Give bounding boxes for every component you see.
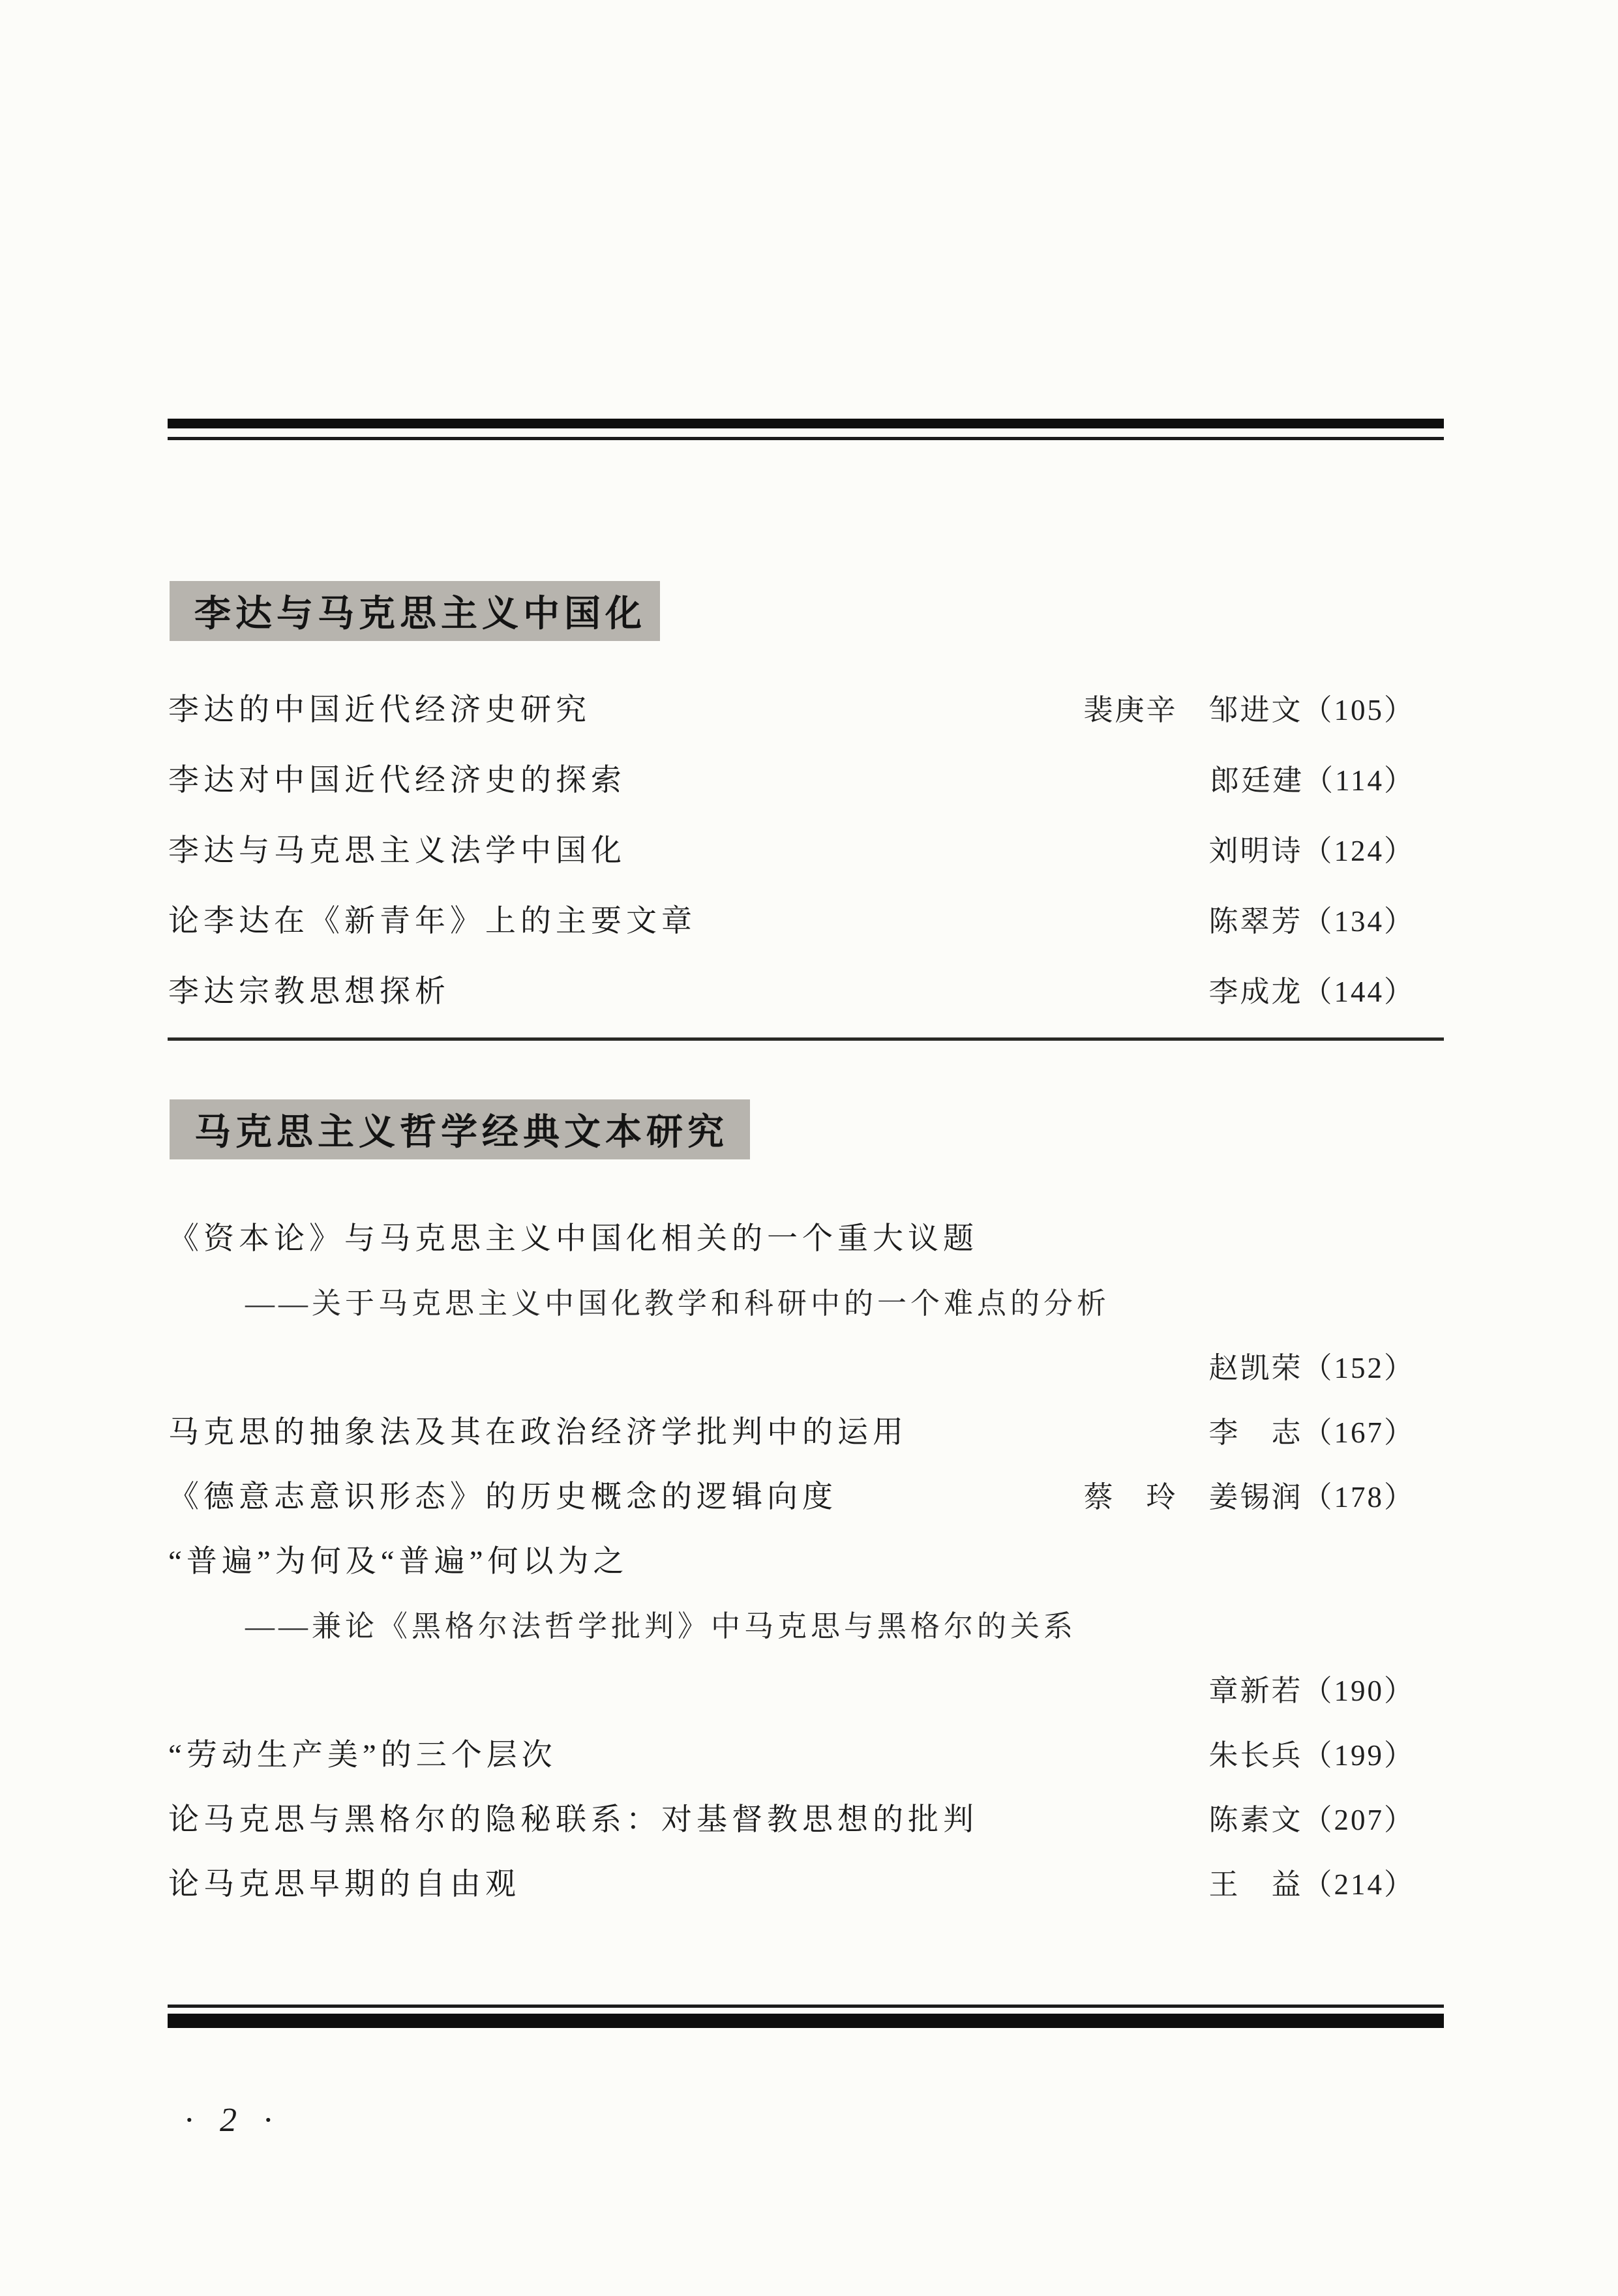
toc-entry: “劳动生产美”的三个层次 朱长兵（199） [168,1720,1415,1785]
article-byline: 王 益（214） [1208,1860,1415,1903]
toc-entry: 李达对中国近代经济史的探索 郎廷建（114） [168,742,1415,813]
article-byline: 郎廷建（114） [1210,756,1415,799]
section-divider [168,1037,1444,1041]
article-title: “劳动生产美”的三个层次 [168,1731,557,1774]
article-title: 论李达在《新青年》上的主要文章 [168,897,697,940]
toc-entry: 李达宗教思想探析 李成龙（144） [168,953,1415,1024]
article-byline: 陈素文（207） [1208,1796,1415,1838]
article-title: 李达宗教思想探析 [168,967,450,1011]
toc-page: 李达与马克思主义中国化 李达的中国近代经济史研究 裴庚辛 邹进文（105） 李达… [0,0,1618,2296]
article-title: 马克思的抽象法及其在政治经济学批判中的运用 [168,1408,908,1452]
toc-entry: 《德意志意识形态》的历史概念的逻辑向度 蔡 玲 姜锡润（178） [168,1462,1415,1527]
toc-entry: 李达与马克思主义法学中国化 刘明诗（124） [168,813,1415,883]
article-title: 《资本论》与马克思主义中国化相关的一个重大议题 [168,1214,978,1258]
toc-entry: 论李达在《新青年》上的主要文章 陈翠芳（134） [168,883,1415,953]
section-header-label: 马克思主义哲学经典文本研究 [194,1103,728,1155]
bottom-rule-thick [168,2014,1444,2028]
article-title: 李达的中国近代经济史研究 [168,685,591,729]
article-byline: 章新若（190） [1208,1667,1415,1709]
article-subtitle: ——兼论《黑格尔法哲学批判》中马克思与黑格尔的关系 [168,1602,1077,1645]
article-byline: 蔡 玲 姜锡润（178） [1083,1473,1415,1515]
toc-entry-subtitle-row: ——兼论《黑格尔法哲学批判》中马克思与黑格尔的关系 [168,1591,1415,1656]
toc-entry-byline-row: 赵凯荣（152） [168,1333,1415,1397]
article-byline: 赵凯荣（152） [1208,1344,1415,1386]
article-title: 论马克思与黑格尔的隐秘联系：对基督教思想的批判 [168,1795,978,1839]
toc-entry: 论马克思与黑格尔的隐秘联系：对基督教思想的批判 陈素文（207） [168,1785,1415,1849]
toc-entry: 李达的中国近代经济史研究 裴庚辛 邹进文（105） [168,672,1415,742]
article-title: 李达对中国近代经济史的探索 [168,756,626,799]
section-header-marxist-texts: 马克思主义哲学经典文本研究 [170,1099,750,1159]
top-rule-thick [168,419,1444,428]
article-subtitle: ——关于马克思主义中国化教学和科研中的一个难点的分析 [168,1279,1110,1322]
toc-entry-byline-row: 章新若（190） [168,1656,1415,1720]
toc-entry: 论马克思早期的自由观 王 益（214） [168,1849,1415,1914]
section-marxist-texts-items: 《资本论》与马克思主义中国化相关的一个重大议题 ——关于马克思主义中国化教学和科… [168,1204,1415,1914]
article-byline: 刘明诗（124） [1208,827,1415,869]
article-byline: 裴庚辛 邹进文（105） [1083,686,1415,728]
toc-entry: “普遍”为何及“普遍”何以为之 [168,1527,1415,1591]
toc-entry-subtitle-row: ——关于马克思主义中国化教学和科研中的一个难点的分析 [168,1268,1415,1333]
bottom-rule-thin [168,2005,1444,2008]
toc-entry: 马克思的抽象法及其在政治经济学批判中的运用 李 志（167） [168,1397,1415,1462]
section-lida-items: 李达的中国近代经济史研究 裴庚辛 邹进文（105） 李达对中国近代经济史的探索 … [168,672,1415,1024]
article-byline: 陈翠芳（134） [1208,897,1415,940]
toc-entry: 《资本论》与马克思主义中国化相关的一个重大议题 [168,1204,1415,1268]
page-number: · 2 · [185,2101,281,2139]
article-byline: 李成龙（144） [1208,968,1415,1010]
article-byline: 李 志（167） [1208,1409,1415,1451]
article-title: 《德意志意识形态》的历史概念的逻辑向度 [168,1472,837,1516]
section-header-lida: 李达与马克思主义中国化 [170,581,660,641]
section-header-label: 李达与马克思主义中国化 [194,585,646,637]
article-title: 论马克思早期的自由观 [168,1860,520,1903]
article-byline: 朱长兵（199） [1208,1731,1415,1774]
article-title: 李达与马克思主义法学中国化 [168,826,626,870]
article-title: “普遍”为何及“普遍”何以为之 [168,1537,628,1581]
top-rule-thin [168,437,1444,440]
